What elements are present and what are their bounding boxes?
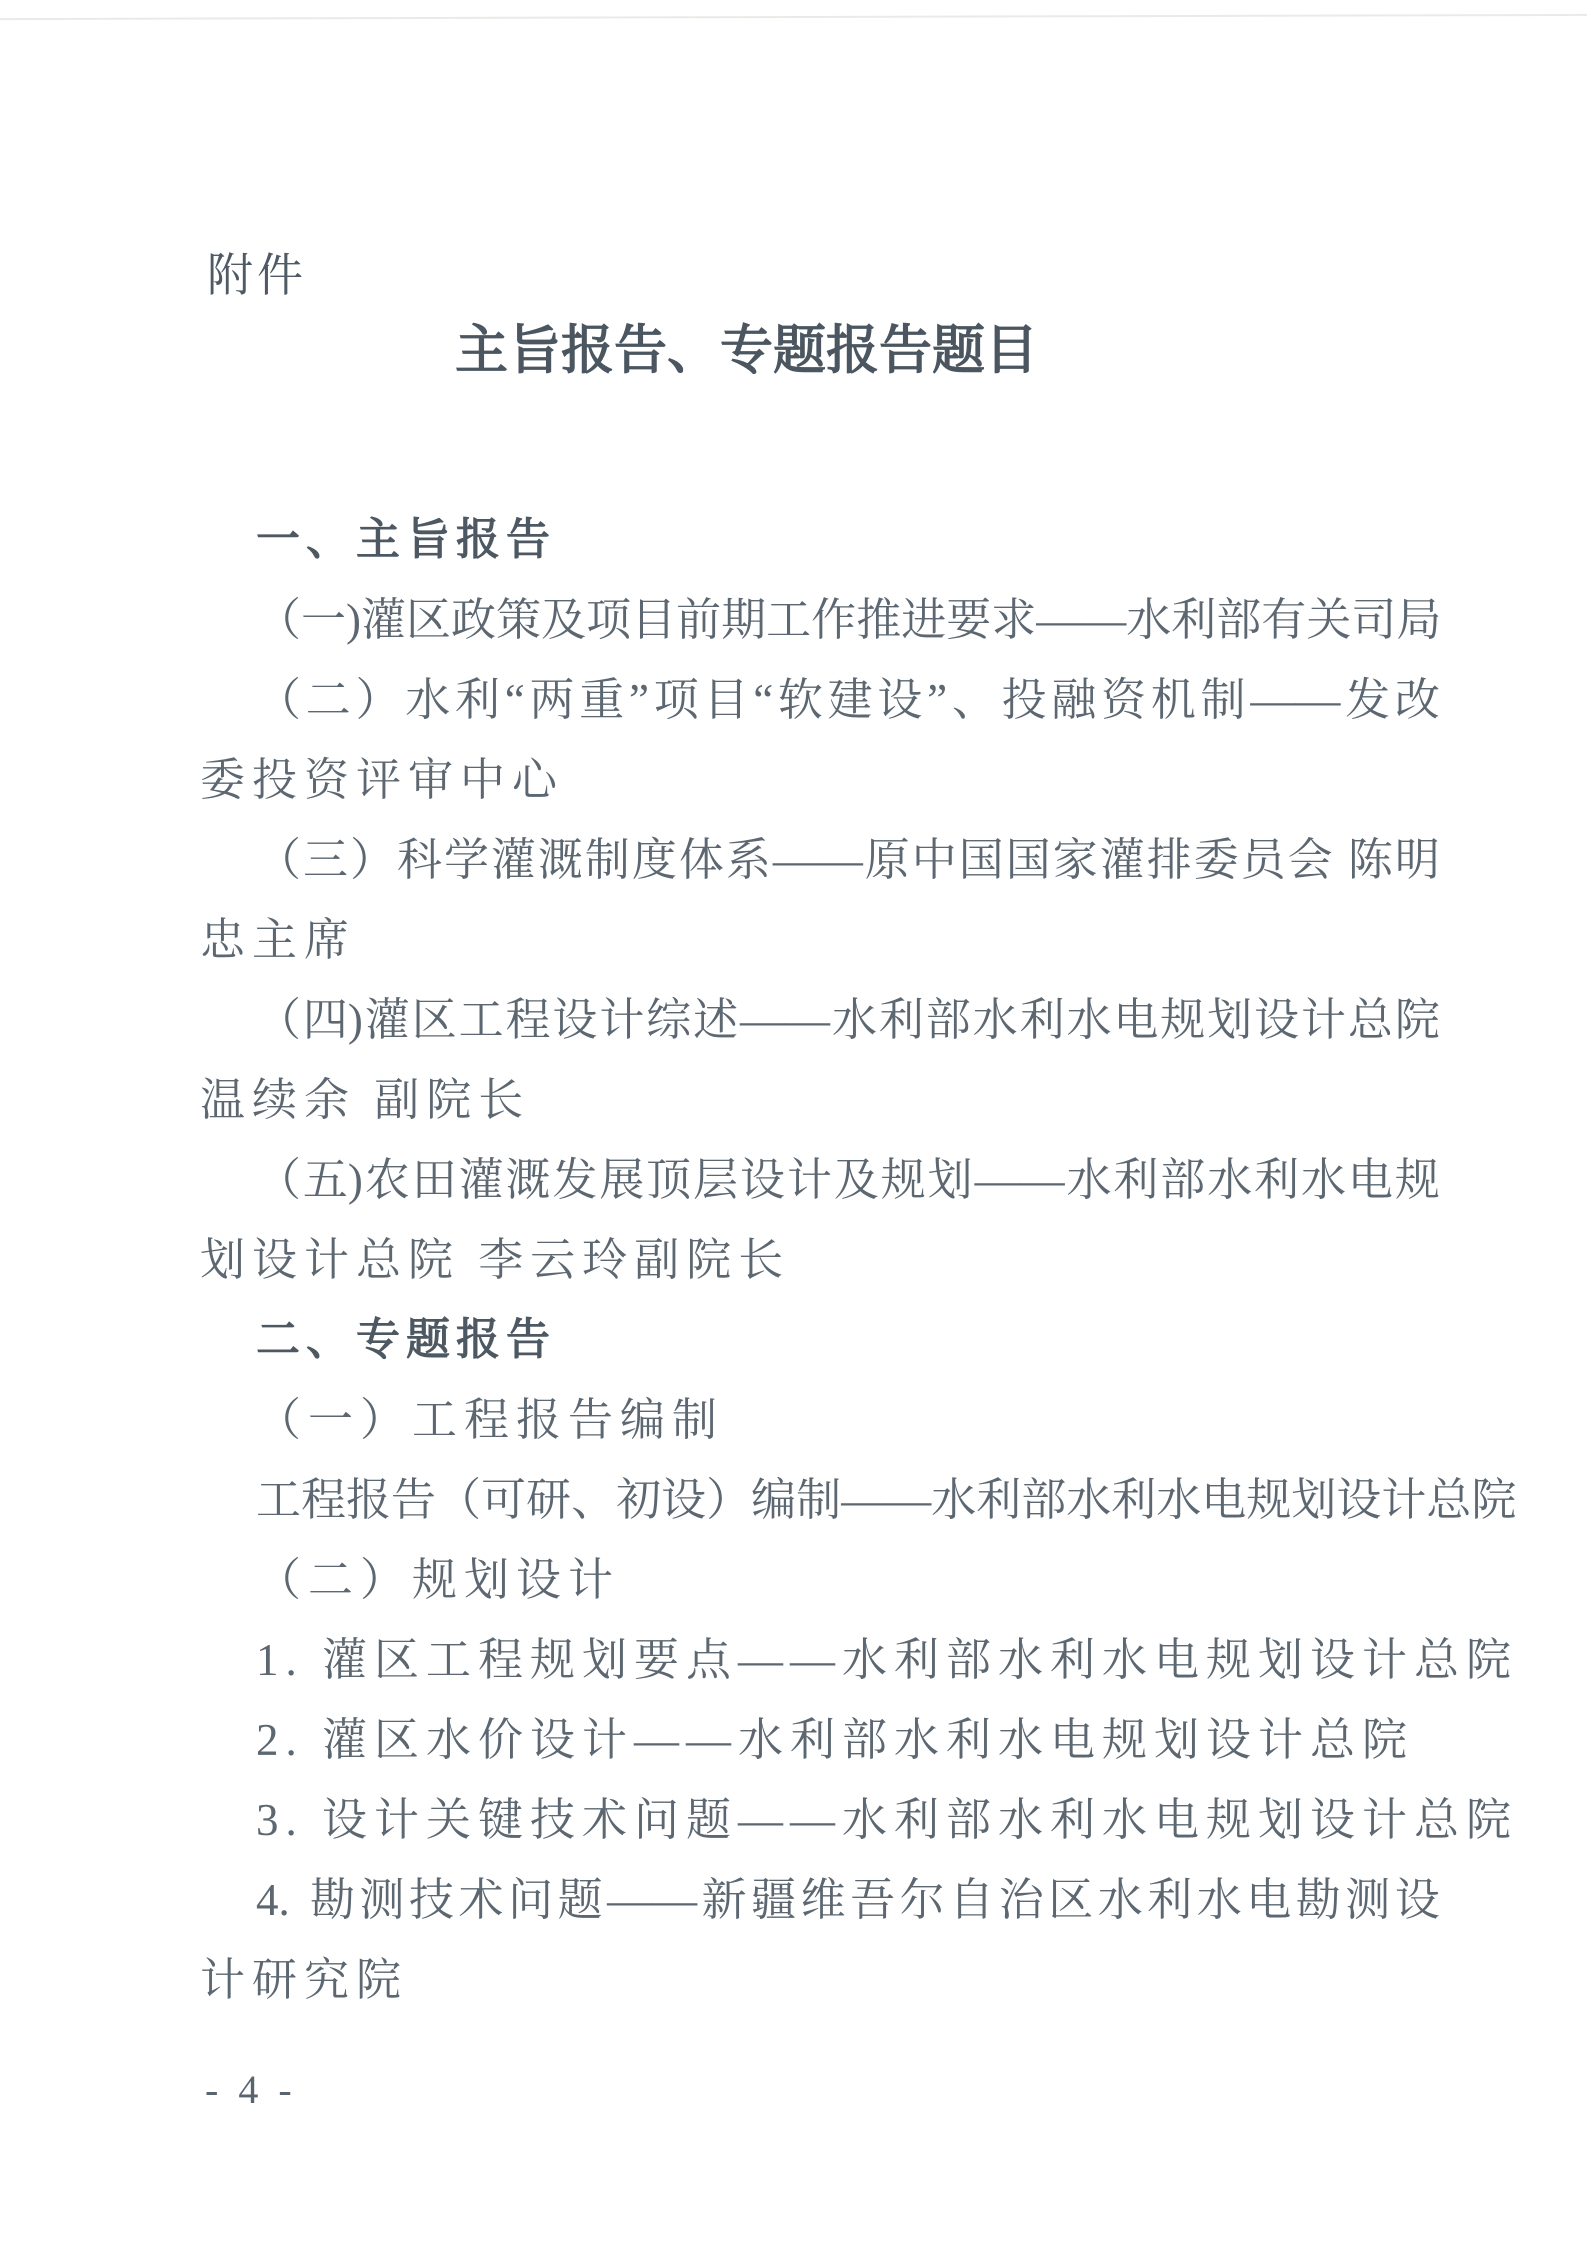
report-item-wrap: 划设计总院 李云玲副院长 [200,1220,1440,1300]
document-body: 一、主旨报告 （一)灌区政策及项目前期工作推进要求——水利部有关司局 （二）水利… [200,500,1440,2020]
report-item-wrap: 忠主席 [200,900,1440,980]
section-heading-keynote: 一、主旨报告 [200,500,1440,580]
report-item: （一)灌区政策及项目前期工作推进要求——水利部有关司局 [200,580,1440,660]
report-item-wrap: 温续余 副院长 [200,1060,1440,1140]
report-item-wrap: 计研究院 [200,1940,1440,2020]
report-item: （二）水利“两重”项目“软建设”、投融资机制——发改 [200,660,1440,740]
report-item: （五)农田灌溉发展顶层设计及规划——水利部水利水电规 [200,1140,1440,1220]
report-item: （一）工程报告编制 [200,1380,1440,1460]
report-item: 3. 设计关键技术问题——水利部水利水电规划设计总院 [200,1780,1440,1860]
page-number: - 4 - [205,2062,297,2118]
report-item: 2. 灌区水价设计——水利部水利水电规划设计总院 [200,1700,1440,1780]
section-heading-special: 二、专题报告 [200,1300,1440,1380]
document-page: 附件 主旨报告、专题报告题目 一、主旨报告 （一)灌区政策及项目前期工作推进要求… [0,0,1587,2246]
report-item: （二）规划设计 [200,1540,1440,1620]
scan-artifact-line [0,14,1587,20]
report-item: 4. 勘测技术问题——新疆维吾尔自治区水利水电勘测设 [200,1860,1440,1940]
document-title: 主旨报告、专题报告题目 [455,318,1038,384]
report-item: （三）科学灌溉制度体系——原中国国家灌排委员会 陈明 [200,820,1440,900]
report-item: 1. 灌区工程规划要点——水利部水利水电规划设计总院 [200,1620,1440,1700]
attachment-label: 附件 [207,245,307,305]
report-item-wrap: 委投资评审中心 [200,740,1440,820]
report-item: 工程报告（可研、初设）编制——水利部水利水电规划设计总院 [200,1460,1440,1540]
report-item: （四)灌区工程设计综述——水利部水利水电规划设计总院 [200,980,1440,1060]
